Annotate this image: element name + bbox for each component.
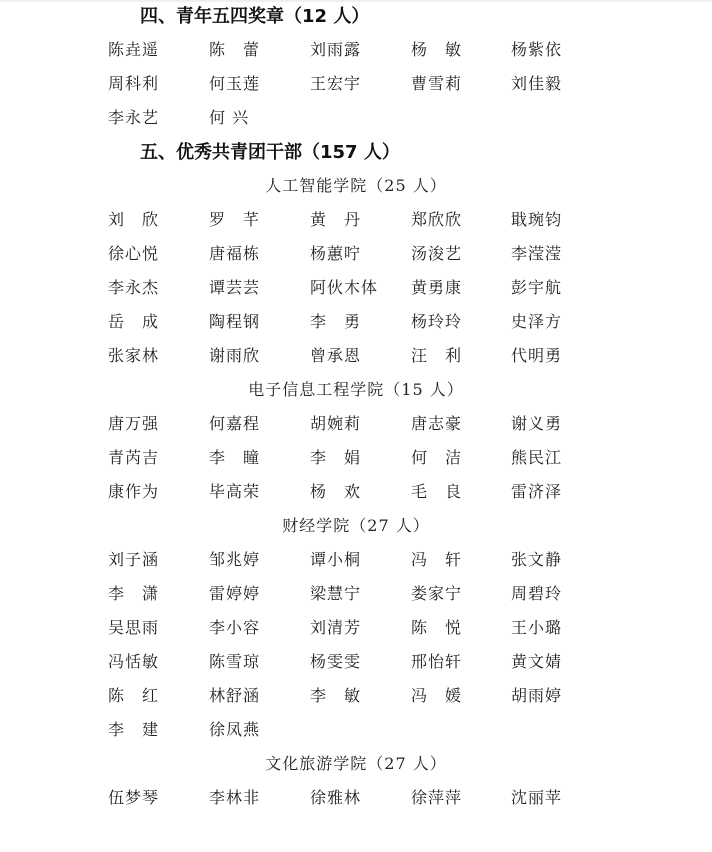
name-item: 谢雨欣 bbox=[209, 345, 271, 367]
name-item: 李 瞳 bbox=[209, 447, 271, 469]
name-item: 彭宇航 bbox=[511, 277, 573, 299]
name-item: 谢义勇 bbox=[511, 413, 573, 435]
name-item: 毕高荣 bbox=[209, 481, 271, 503]
name-item: 李永杰 bbox=[108, 277, 170, 299]
name-item: 黄勇康 bbox=[411, 277, 473, 299]
name-item: 林舒涵 bbox=[209, 685, 271, 707]
name-item: 刘清芳 bbox=[310, 617, 372, 639]
name-item: 李 勇 bbox=[310, 311, 372, 333]
name-item: 何 兴 bbox=[209, 107, 271, 129]
name-row: 青芮吉 李 瞳 李 娟 何 洁 熊民江 bbox=[108, 447, 628, 469]
name-item: 唐福栋 bbox=[209, 243, 271, 265]
name-row: 徐心悦 唐福栋 杨蕙咛 汤浚艺 李滢滢 bbox=[108, 243, 628, 265]
name-item: 王宏宇 bbox=[310, 73, 372, 95]
name-item: 杨 敏 bbox=[411, 39, 473, 61]
name-item: 冯 轩 bbox=[411, 549, 473, 571]
name-item: 刘子涵 bbox=[108, 549, 170, 571]
name-row: 刘 欣 罗 芊 黄 丹 郑欣欣 戢琬钧 bbox=[108, 209, 628, 231]
name-item: 张文静 bbox=[511, 549, 573, 571]
name-item: 周科利 bbox=[108, 73, 170, 95]
name-row: 刘子涵 邹兆婷 谭小桐 冯 轩 张文静 bbox=[108, 549, 628, 571]
name-item: 曾承恩 bbox=[310, 345, 372, 367]
name-row: 李永艺 何 兴 bbox=[108, 107, 628, 129]
name-item: 唐万强 bbox=[108, 413, 170, 435]
name-item: 康作为 bbox=[108, 481, 170, 503]
name-item: 李 敏 bbox=[310, 685, 372, 707]
name-item: 梁慧宁 bbox=[310, 583, 372, 605]
name-item: 刘雨露 bbox=[310, 39, 372, 61]
name-item: 李 建 bbox=[108, 719, 170, 741]
name-row: 周科利 何玉莲 王宏宇 曹雪莉 刘佳毅 bbox=[108, 73, 628, 95]
name-item: 雷济泽 bbox=[511, 481, 573, 503]
name-item: 何玉莲 bbox=[209, 73, 271, 95]
name-item: 杨紫依 bbox=[511, 39, 573, 61]
name-item: 戢琬钧 bbox=[511, 209, 573, 231]
name-item: 邹兆婷 bbox=[209, 549, 271, 571]
name-item: 陶程钢 bbox=[209, 311, 271, 333]
name-item: 冯恬敏 bbox=[108, 651, 170, 673]
name-item: 罗 芊 bbox=[209, 209, 271, 231]
name-item: 伍梦琴 bbox=[108, 787, 170, 809]
name-item: 徐凤燕 bbox=[209, 719, 271, 741]
name-item: 王小璐 bbox=[511, 617, 573, 639]
name-item: 陈雪琼 bbox=[209, 651, 271, 673]
section-heading-youth-may-fourth-medal: 四、青年五四奖章（12 人） bbox=[140, 5, 369, 29]
name-item: 郑欣欣 bbox=[411, 209, 473, 231]
name-row: 唐万强 何嘉程 胡婉莉 唐志豪 谢义勇 bbox=[108, 413, 628, 435]
name-item: 黄 丹 bbox=[310, 209, 372, 231]
name-item: 陈 红 bbox=[108, 685, 170, 707]
name-item: 李永艺 bbox=[108, 107, 170, 129]
name-item: 毛 良 bbox=[411, 481, 473, 503]
top-divider bbox=[0, 0, 712, 2]
name-item: 汪 利 bbox=[411, 345, 473, 367]
name-row: 伍梦琴 李林非 徐雅林 徐萍萍 沈丽苹 bbox=[108, 787, 628, 809]
name-item: 李滢滢 bbox=[511, 243, 573, 265]
name-item: 谭芸芸 bbox=[209, 277, 271, 299]
name-row: 李 建 徐凤燕 bbox=[108, 719, 628, 741]
name-item: 曹雪莉 bbox=[411, 73, 473, 95]
name-item: 胡雨婷 bbox=[511, 685, 573, 707]
name-item: 何 洁 bbox=[411, 447, 473, 469]
name-item: 徐心悦 bbox=[108, 243, 170, 265]
name-item: 徐萍萍 bbox=[411, 787, 473, 809]
name-row: 吴思雨 李小容 刘清芳 陈 悦 王小璐 bbox=[108, 617, 628, 639]
name-item: 雷婷婷 bbox=[209, 583, 271, 605]
name-item: 黄文婧 bbox=[511, 651, 573, 673]
name-item: 吴思雨 bbox=[108, 617, 170, 639]
name-item: 熊民江 bbox=[511, 447, 573, 469]
name-row: 李永杰 谭芸芸 阿伙木体 黄勇康 彭宇航 bbox=[108, 277, 628, 299]
name-item: 胡婉莉 bbox=[310, 413, 372, 435]
college-heading-electronic-info-eng: 电子信息工程学院（15 人） bbox=[0, 379, 712, 401]
name-item: 杨玲玲 bbox=[411, 311, 473, 333]
name-item: 青芮吉 bbox=[108, 447, 170, 469]
name-item: 李小容 bbox=[209, 617, 271, 639]
name-item: 何嘉程 bbox=[209, 413, 271, 435]
name-row: 陈 红 林舒涵 李 敏 冯 媛 胡雨婷 bbox=[108, 685, 628, 707]
college-heading-culture-tourism: 文化旅游学院（27 人） bbox=[0, 753, 712, 775]
name-item: 冯 媛 bbox=[411, 685, 473, 707]
name-row: 陈垚遥 陈 蕾 刘雨露 杨 敏 杨紫依 bbox=[108, 39, 628, 61]
name-item: 李 潇 bbox=[108, 583, 170, 605]
name-item: 陈 蕾 bbox=[209, 39, 271, 61]
name-item: 陈垚遥 bbox=[108, 39, 170, 61]
name-item: 徐雅林 bbox=[310, 787, 372, 809]
name-item: 谭小桐 bbox=[310, 549, 372, 571]
name-item: 杨 欢 bbox=[310, 481, 372, 503]
name-item: 娄家宁 bbox=[411, 583, 473, 605]
college-heading-finance-economics: 财经学院（27 人） bbox=[0, 515, 712, 537]
name-item: 刘佳毅 bbox=[511, 73, 573, 95]
name-item: 周碧玲 bbox=[511, 583, 573, 605]
name-item: 杨雯雯 bbox=[310, 651, 372, 673]
name-row: 康作为 毕高荣 杨 欢 毛 良 雷济泽 bbox=[108, 481, 628, 503]
name-item: 唐志豪 bbox=[411, 413, 473, 435]
name-item: 杨蕙咛 bbox=[310, 243, 372, 265]
name-item: 汤浚艺 bbox=[411, 243, 473, 265]
section-heading-outstanding-league-cadres: 五、优秀共青团干部（157 人） bbox=[140, 141, 400, 165]
name-item: 代明勇 bbox=[511, 345, 573, 367]
name-item: 陈 悦 bbox=[411, 617, 473, 639]
name-row: 张家林 谢雨欣 曾承恩 汪 利 代明勇 bbox=[108, 345, 628, 367]
name-item: 阿伙木体 bbox=[310, 277, 390, 299]
name-item: 史泽方 bbox=[511, 311, 573, 333]
name-row: 冯恬敏 陈雪琼 杨雯雯 邢怡轩 黄文婧 bbox=[108, 651, 628, 673]
name-item: 李林非 bbox=[209, 787, 271, 809]
name-row: 李 潇 雷婷婷 梁慧宁 娄家宁 周碧玲 bbox=[108, 583, 628, 605]
name-item: 李 娟 bbox=[310, 447, 372, 469]
name-item: 张家林 bbox=[108, 345, 170, 367]
name-item: 邢怡轩 bbox=[411, 651, 473, 673]
name-item: 刘 欣 bbox=[108, 209, 170, 231]
name-item: 沈丽苹 bbox=[511, 787, 573, 809]
name-item: 岳 成 bbox=[108, 311, 170, 333]
name-row: 岳 成 陶程钢 李 勇 杨玲玲 史泽方 bbox=[108, 311, 628, 333]
college-heading-ai: 人工智能学院（25 人） bbox=[0, 175, 712, 197]
